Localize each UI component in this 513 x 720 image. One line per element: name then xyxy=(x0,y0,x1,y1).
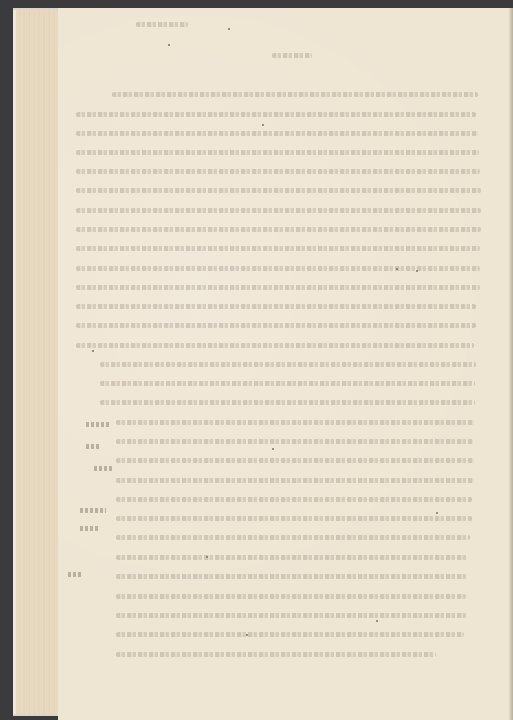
page-right-shadow xyxy=(509,8,513,720)
margin-annotation xyxy=(86,444,100,449)
text-line xyxy=(100,400,475,405)
text-line xyxy=(116,458,474,463)
text-line xyxy=(116,574,466,579)
text-line xyxy=(76,169,480,174)
paper-speck xyxy=(92,350,94,352)
header-mark xyxy=(136,22,188,27)
paper-speck xyxy=(168,44,170,46)
text-line xyxy=(112,92,478,97)
text-line xyxy=(116,594,466,599)
page-stack-edges xyxy=(16,10,60,714)
text-line xyxy=(116,555,468,560)
margin-annotation xyxy=(80,508,106,513)
text-line xyxy=(100,362,476,367)
text-line xyxy=(116,632,464,637)
paper-speck xyxy=(272,448,274,450)
paper-speck xyxy=(246,634,248,636)
margin-annotation xyxy=(86,422,110,427)
text-line xyxy=(76,150,479,155)
text-line xyxy=(116,420,474,425)
text-line xyxy=(116,497,472,502)
text-line xyxy=(100,381,475,386)
text-line xyxy=(76,208,481,213)
paper-speck xyxy=(416,270,418,272)
text-line xyxy=(76,266,480,271)
text-line xyxy=(116,439,473,444)
text-line xyxy=(116,535,470,540)
paper-speck xyxy=(206,556,208,558)
margin-annotation xyxy=(68,572,82,577)
paper-speck xyxy=(396,268,398,270)
text-line xyxy=(76,227,481,232)
paper-speck xyxy=(262,124,264,126)
text-line xyxy=(116,652,436,657)
text-line xyxy=(116,478,474,483)
paper-speck xyxy=(376,620,378,622)
header-mark xyxy=(272,53,312,58)
margin-annotation xyxy=(94,466,112,471)
text-line xyxy=(76,304,476,309)
text-line xyxy=(76,131,478,136)
paper-speck xyxy=(228,28,230,30)
text-line xyxy=(76,246,480,251)
text-line xyxy=(116,613,466,618)
text-line xyxy=(76,343,474,348)
text-line xyxy=(116,516,472,521)
text-line xyxy=(76,188,481,193)
text-line xyxy=(76,112,476,117)
text-line xyxy=(76,323,476,328)
margin-annotation xyxy=(80,526,100,531)
text-line xyxy=(76,285,480,290)
paper-speck xyxy=(436,512,438,514)
